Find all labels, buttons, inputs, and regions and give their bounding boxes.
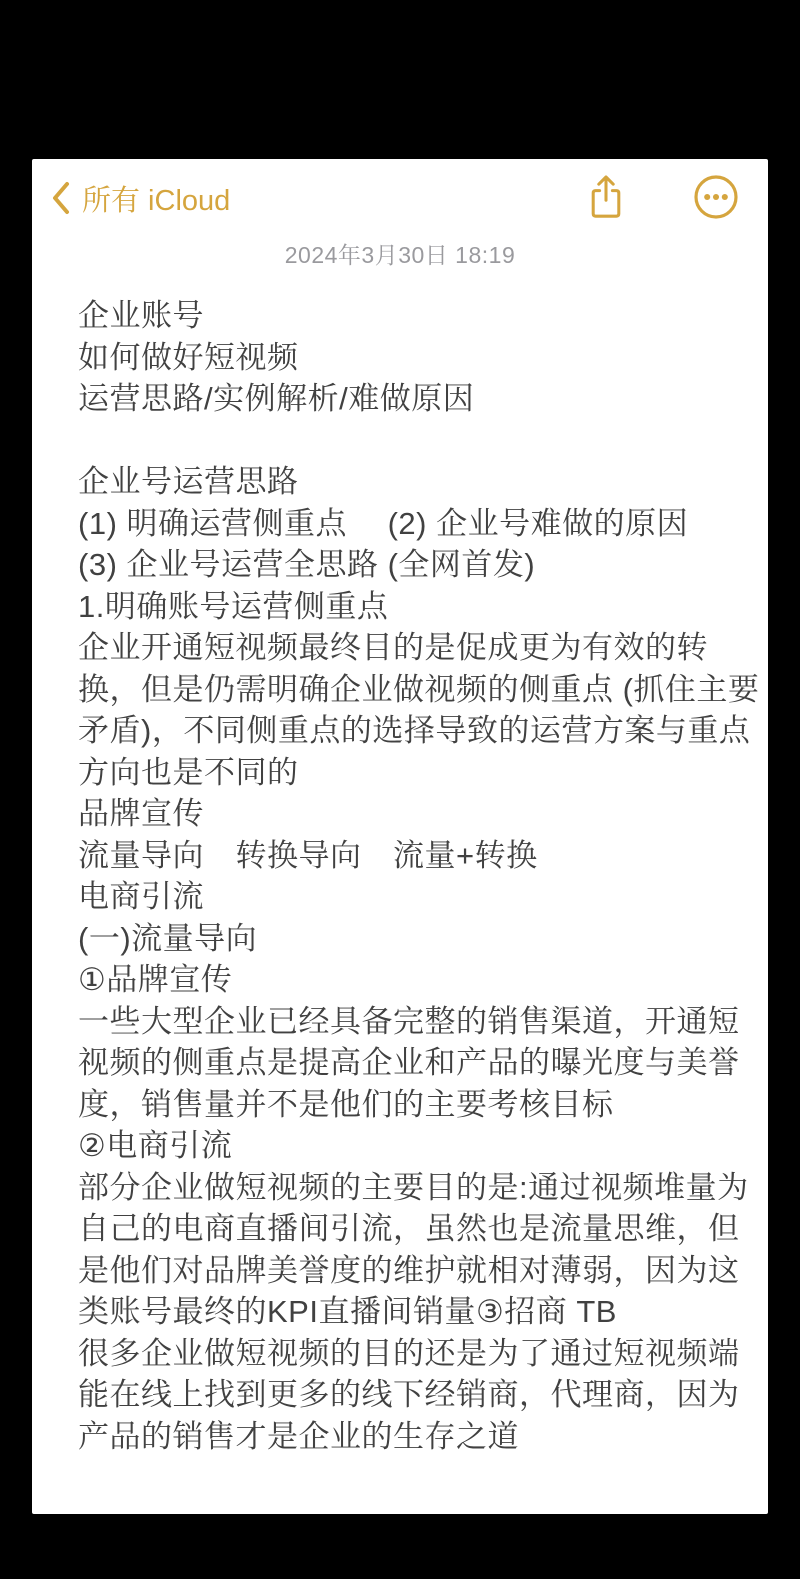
share-icon	[586, 209, 626, 224]
note-line: 1.明确账号运营侧重点	[78, 586, 744, 628]
note-line: 品牌宣传	[78, 793, 744, 835]
note-line	[78, 420, 744, 462]
navigation-bar: 所有 iCloud	[32, 159, 768, 221]
navbar-actions	[586, 173, 740, 224]
note-line: 度，销售量并不是他们的主要考核目标	[78, 1084, 744, 1126]
note-line: 企业开通短视频最终目的是促成更为有效的转	[78, 627, 744, 669]
note-line: 方向也是不同的	[78, 752, 744, 794]
back-button-label: 所有 iCloud	[82, 178, 230, 219]
note-line: 部分企业做短视频的主要目的是:通过视频堆量为	[78, 1167, 744, 1209]
screen-background: 所有 iCloud	[0, 0, 800, 1579]
note-line: 运营思路/实例解析/难做原因	[78, 378, 744, 420]
share-button[interactable]	[586, 173, 626, 224]
note-line: 自己的电商直播间引流，虽然也是流量思维，但	[78, 1208, 744, 1250]
note-line: (3) 企业号运营全思路 (全网首发)	[78, 544, 744, 586]
note-line: 很多企业做短视频的目的还是为了通过短视频端	[78, 1333, 744, 1375]
note-line: 类账号最终的KPI直播间销量③招商 TB	[78, 1291, 744, 1333]
note-line: 矛盾)，不同侧重点的选择导致的运营方案与重点	[78, 710, 744, 752]
more-options-button[interactable]	[692, 173, 740, 224]
note-body[interactable]: 企业账号如何做好短视频运营思路/实例解析/难做原因 企业号运营思路(1) 明确运…	[32, 295, 768, 1457]
note-line: (1) 明确运营侧重点 (2) 企业号难做的原因	[78, 503, 744, 545]
note-date: 2024年3月30日 18:19	[32, 237, 768, 270]
note-line: 一些大型企业已经具备完整的销售渠道，开通短	[78, 1001, 744, 1043]
ellipsis-circle-icon	[692, 209, 740, 224]
back-button[interactable]: 所有 iCloud	[50, 178, 230, 219]
note-line: ①品牌宣传	[78, 959, 744, 1001]
note-line: 流量导向 转换导向 流量+转换	[78, 835, 744, 877]
note-line: ②电商引流	[78, 1125, 744, 1167]
note-line: 能在线上找到更多的线下经销商，代理商，因为	[78, 1374, 744, 1416]
notes-app-window: 所有 iCloud	[32, 159, 768, 1514]
note-line: 电商引流	[78, 876, 744, 918]
note-line: 视频的侧重点是提高企业和产品的曝光度与美誉	[78, 1042, 744, 1084]
note-line: 如何做好短视频	[78, 337, 744, 379]
note-line: 是他们对品牌美誉度的维护就相对薄弱，因为这	[78, 1250, 744, 1292]
note-line: 换，但是仍需明确企业做视频的侧重点 (抓住主要	[78, 669, 744, 711]
note-line: 企业账号	[78, 295, 744, 337]
note-line: 企业号运营思路	[78, 461, 744, 503]
note-line: (一)流量导向	[78, 918, 744, 960]
note-line: 产品的销售才是企业的生存之道	[78, 1416, 744, 1458]
back-chevron-icon	[50, 180, 72, 216]
